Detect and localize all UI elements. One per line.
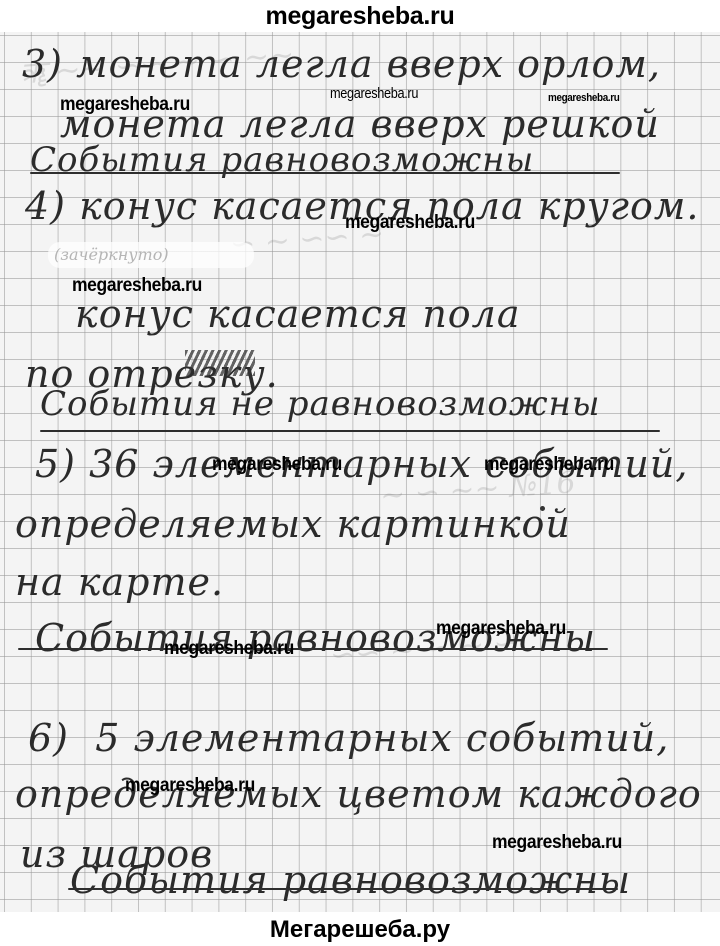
item-3-conclusion: События равновозможны: [30, 140, 534, 180]
item-4-line-2: конус касается пола: [75, 292, 521, 336]
item-5-line-2: определяемых картинкой: [15, 502, 571, 546]
site-header: megaresheba.ru: [0, 0, 720, 32]
item-5-line-3: на карте.: [15, 560, 224, 604]
item-6-conclusion: События равновозможны: [70, 858, 631, 902]
item-4-underline: [40, 430, 660, 432]
watermark: megaresheba.ru: [345, 212, 475, 234]
item-3-underline: [30, 172, 620, 174]
item-5-underline: [18, 648, 608, 650]
watermark: megaresheba.ru: [164, 638, 294, 660]
ink-dot: [540, 506, 545, 511]
item-6-line-2: определяемых цветом каждого: [15, 772, 702, 816]
item-6-underline: [68, 888, 618, 890]
watermark: megaresheba.ru: [125, 775, 255, 797]
item-6-line-1: 6) 5 элементарных событий,: [28, 716, 669, 760]
crossed-out-letters: [185, 350, 255, 376]
site-footer: Мегарешеба.ру: [0, 912, 720, 946]
notebook-page: ॠ ~~ ∽∽ ~ ∽ ~~ ∽ ~ ∽∽ ~ ~ ∽ ~~ №16 ∽∽ ~ …: [0, 32, 720, 912]
watermark: megaresheba.ru: [212, 454, 342, 476]
watermark: megaresheba.ru: [60, 94, 190, 116]
watermark: megaresheba.ru: [548, 92, 619, 104]
watermark: megaresheba.ru: [492, 832, 622, 854]
watermark: megaresheba.ru: [72, 275, 202, 297]
watermark: megaresheba.ru: [330, 85, 418, 102]
watermark: megaresheba.ru: [436, 618, 566, 640]
site-header-text: megaresheba.ru: [266, 2, 455, 30]
item-4-conclusion: События не равновозможны: [40, 384, 601, 424]
site-footer-text: Мегарешеба.ру: [270, 916, 450, 943]
watermark: megaresheba.ru: [484, 454, 614, 476]
item-3-line-1: 3) монета легла вверх орлом,: [22, 42, 661, 86]
erased-text: (зачёркнуто): [48, 242, 254, 268]
